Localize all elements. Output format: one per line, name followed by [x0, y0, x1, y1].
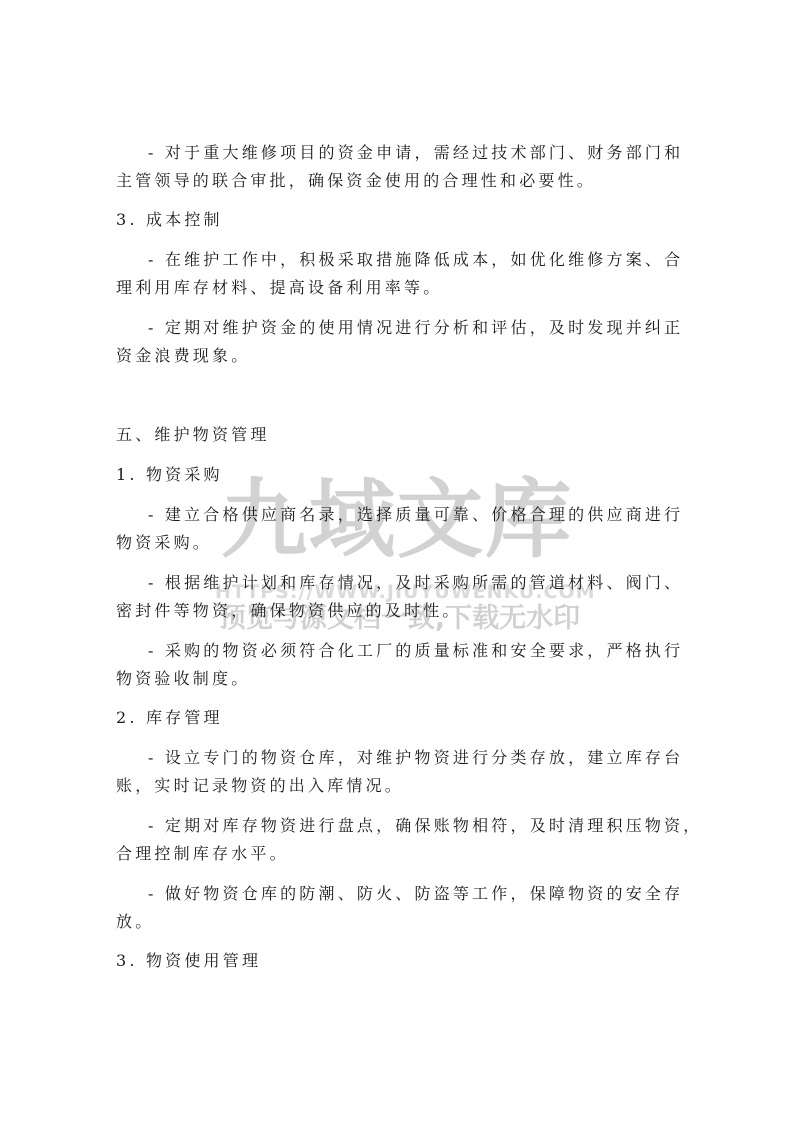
paragraph-line: 理利用库存材料、提高设备利用率等。 — [116, 278, 442, 298]
paragraph-line: - 采购的物资必须符合化工厂的质量标准和安全要求，严格执行 — [148, 641, 683, 661]
document-page: 九域文库 HTTPS://WWW.JIUYUWENKU.COM 预览与源文档一致… — [0, 0, 793, 1122]
paragraph-line: - 在维护工作中，积极采取措施降低成本，如优化维修方案、合 — [148, 250, 683, 270]
paragraph-line: - 定期对库存物资进行盘点，确保账物相符，及时清理积压物资， — [148, 816, 703, 836]
paragraph-line: - 对于重大维修项目的资金申请，需经过技术部门、财务部门和 — [148, 143, 683, 163]
paragraph-line: - 根据维护计划和库存情况，及时采购所需的管道材料、阀门、 — [148, 573, 683, 593]
paragraph-line: - 做好物资仓库的防潮、防火、防盗等工作，保障物资的安全存 — [148, 884, 683, 904]
subsection-heading: 3. 成本控制 — [116, 210, 223, 230]
paragraph-line: 密封件等物资，确保物资供应的及时性。 — [116, 601, 462, 621]
section-heading: 五、维护物资管理 — [116, 425, 270, 445]
paragraph-line: 资金浪费现象。 — [116, 346, 250, 366]
paragraph-line: 主管领导的联合审批，确保资金使用的合理性和必要性。 — [116, 171, 596, 191]
paragraph-line: 合理控制库存水平。 — [116, 844, 289, 864]
paragraph-line: - 设立专门的物资仓库，对维护物资进行分类存放，建立库存台 — [148, 748, 683, 768]
paragraph-line: - 建立合格供应商名录，选择质量可靠、价格合理的供应商进行 — [148, 505, 683, 525]
paragraph-line: - 定期对维护资金的使用情况进行分析和评估，及时发现并纠正 — [148, 318, 683, 338]
paragraph-line: 物资验收制度。 — [116, 669, 250, 689]
subsection-heading: 1. 物资采购 — [116, 465, 223, 485]
paragraph-line: 账，实时记录物资的出入库情况。 — [116, 776, 404, 796]
subsection-heading: 3. 物资使用管理 — [116, 951, 261, 971]
paragraph-line: 物资采购。 — [116, 533, 212, 553]
paragraph-line: 放。 — [116, 912, 154, 932]
subsection-heading: 2. 库存管理 — [116, 708, 223, 728]
